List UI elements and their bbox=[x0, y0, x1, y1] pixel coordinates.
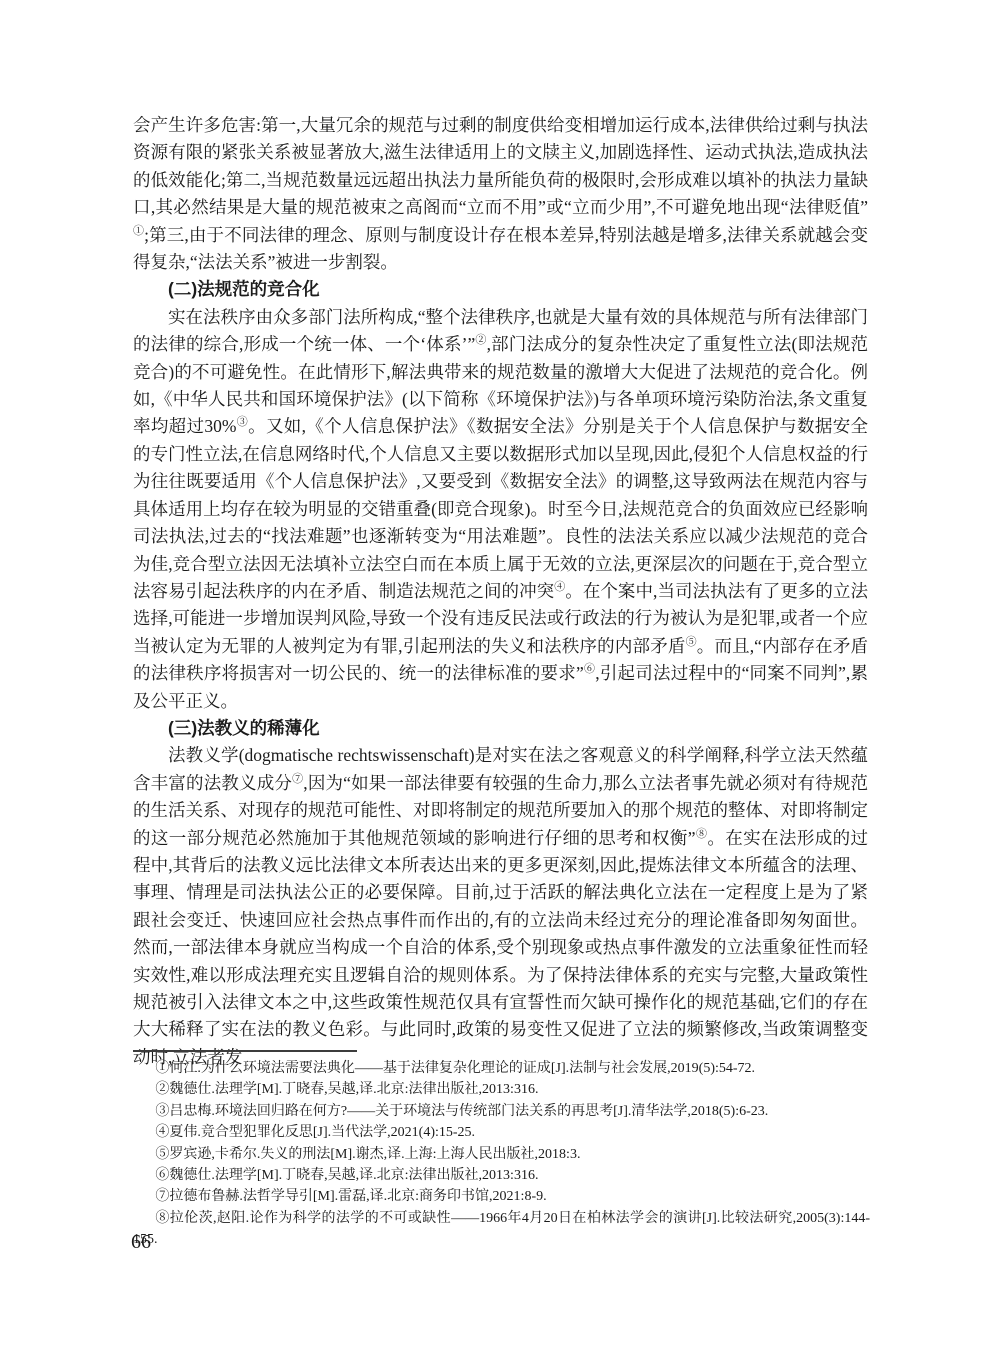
body-content: 会产生许多危害:第一,大量冗余的规范与过剩的制度供给变相增加运行成本,法律供给过… bbox=[133, 112, 868, 1071]
section-heading: (二)法规范的竞合化 bbox=[133, 276, 868, 303]
page-number: 66 bbox=[131, 1230, 151, 1254]
footnote-item: ①何江.为什么环境法需要法典化——基于法律复杂化理论的证成[J].法制与社会发展… bbox=[133, 1058, 870, 1079]
footnote-item: ⑥魏德仕.法理学[M].丁晓春,吴越,译.北京:法律出版社,2013:316. bbox=[133, 1165, 870, 1186]
body-paragraph: 实在法秩序由众多部门法所构成,“整个法律秩序,也就是大量有效的具体规范与所有法律… bbox=[133, 304, 868, 715]
footnotes: ①何江.为什么环境法需要法典化——基于法律复杂化理论的证成[J].法制与社会发展… bbox=[133, 1058, 870, 1251]
footnote-item: ③吕忠梅.环境法回归路在何方?——关于环境法与传统部门法关系的再思考[J].清华… bbox=[133, 1101, 870, 1122]
footnote-item: ⑤罗宾逊,卡希尔.失义的刑法[M].谢杰,译.上海:上海人民出版社,2018:3… bbox=[133, 1144, 870, 1165]
footnote-item: ⑦拉德布鲁赫.法哲学导引[M].雷磊,译.北京:商务印书馆,2021:8-9. bbox=[133, 1186, 870, 1207]
footnote-item: ⑧拉伦茨,赵阳.论作为科学的法学的不可或缺性——1966年4月20日在柏林法学会… bbox=[133, 1208, 870, 1251]
footnote-separator bbox=[133, 1050, 357, 1052]
footnote-item: ②魏德仕.法理学[M].丁晓春,吴越,译.北京:法律出版社,2013:316. bbox=[133, 1079, 870, 1100]
body-paragraph: 会产生许多危害:第一,大量冗余的规范与过剩的制度供给变相增加运行成本,法律供给过… bbox=[133, 112, 868, 276]
body-paragraph: 法教义学(dogmatische rechtswissenschaft)是对实在… bbox=[133, 742, 868, 1071]
section-heading: (三)法教义的稀薄化 bbox=[133, 715, 868, 742]
document-page: 会产生许多危害:第一,大量冗余的规范与过剩的制度供给变相增加运行成本,法律供给过… bbox=[0, 0, 1000, 1347]
footnote-item: ④夏伟.竞合型犯罪化反思[J].当代法学,2021(4):15-25. bbox=[133, 1122, 870, 1143]
